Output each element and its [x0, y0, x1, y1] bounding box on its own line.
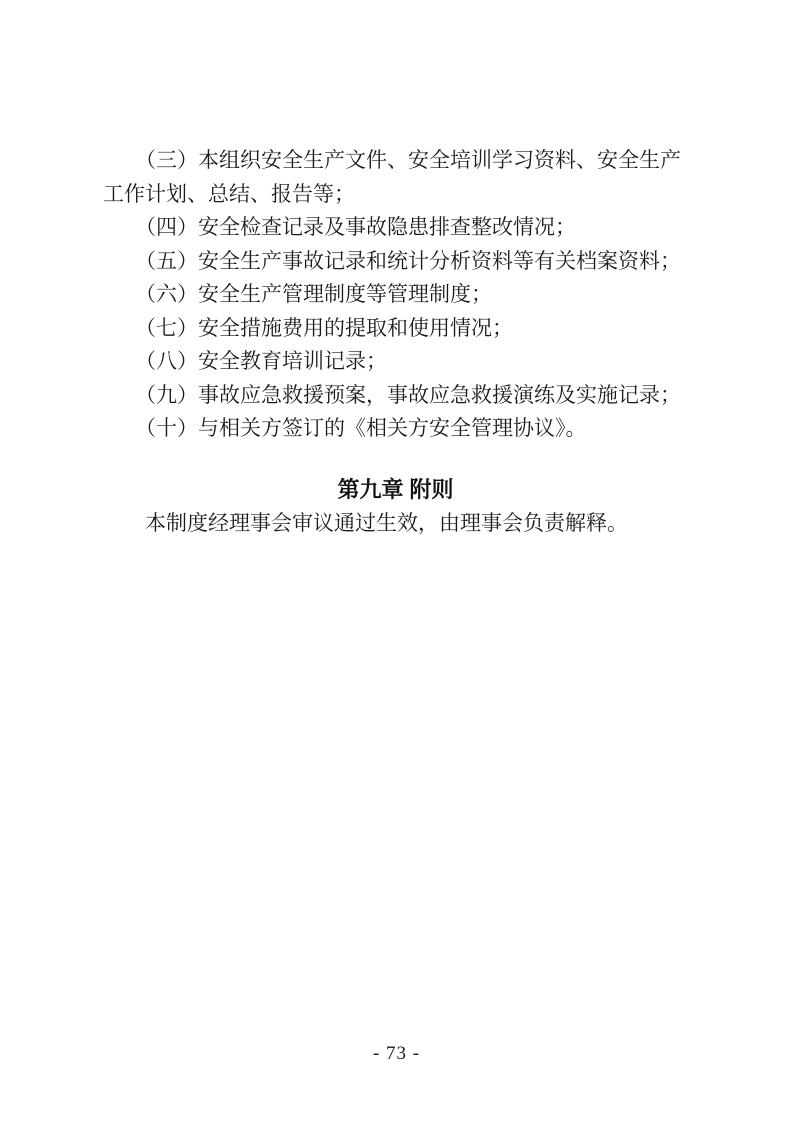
clause-item-5: （五）安全生产事故记录和统计分析资料等有关档案资料； — [103, 245, 688, 279]
document-page: （三）本组织安全生产文件、安全培训学习资料、安全生产工作计划、总结、报告等； （… — [0, 0, 793, 1122]
chapter-heading: 第九章 附则 — [103, 472, 688, 507]
clause-item-9: （九）事故应急救援预案，事故应急救援演练及实施记录； — [103, 379, 688, 413]
clause-item-10: （十）与相关方签订的《相关方安全管理协议》。 — [103, 412, 688, 446]
clause-item-4: （四）安全检查记录及事故隐患排查整改情况； — [103, 211, 688, 245]
clause-item-6: （六）安全生产管理制度等管理制度； — [103, 278, 688, 312]
clause-item-3: （三）本组织安全生产文件、安全培训学习资料、安全生产工作计划、总结、报告等； — [103, 144, 688, 211]
page-footer: - 73 - — [0, 1042, 793, 1066]
document-body: （三）本组织安全生产文件、安全培训学习资料、安全生产工作计划、总结、报告等； （… — [103, 144, 688, 540]
clause-item-8: （八）安全教育培训记录； — [103, 345, 688, 379]
closing-paragraph: 本制度经理事会审议通过生效，由理事会负责解释。 — [103, 507, 688, 541]
page-number: - 73 - — [373, 1043, 420, 1064]
clause-item-7: （七）安全措施费用的提取和使用情况； — [103, 312, 688, 346]
